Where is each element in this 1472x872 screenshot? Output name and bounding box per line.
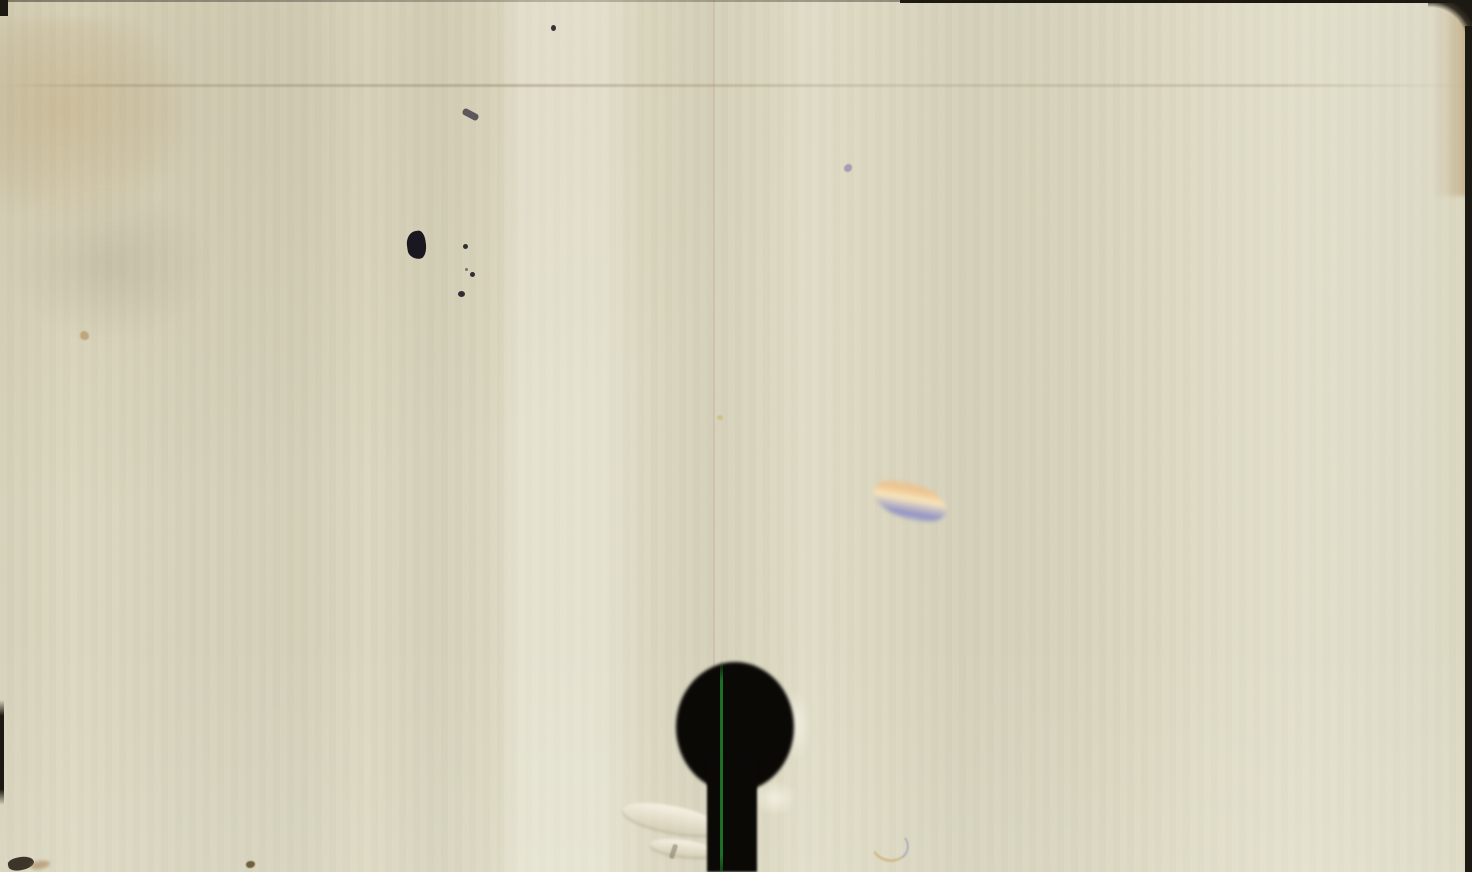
ink-speck-3 <box>470 272 475 277</box>
edge-right <box>1465 26 1472 872</box>
bottom-speck <box>246 861 255 868</box>
smudge-left-middle <box>10 190 210 340</box>
scanline-green <box>720 660 723 872</box>
corner-top-left-dark <box>0 0 8 16</box>
pencil-dash <box>461 107 479 121</box>
rainbow-smudge <box>868 472 951 530</box>
ink-speck-4 <box>458 291 465 297</box>
ink-speck-2 <box>465 268 468 271</box>
rainbow-arc <box>868 825 912 865</box>
purple-speck <box>844 164 852 172</box>
ink-blot <box>405 230 428 260</box>
crease-horizontal <box>0 84 1472 87</box>
edge-top-right-line <box>900 0 1472 3</box>
punch-hole-stem <box>707 756 757 872</box>
scan-marks-layer <box>0 0 1472 872</box>
ink-speck-top <box>551 25 556 31</box>
yellow-speck <box>717 415 723 420</box>
ink-speck-1 <box>463 244 468 249</box>
edge-left-bottom <box>0 700 4 805</box>
rust-speck <box>80 331 89 340</box>
scanned-card <box>0 0 1472 872</box>
